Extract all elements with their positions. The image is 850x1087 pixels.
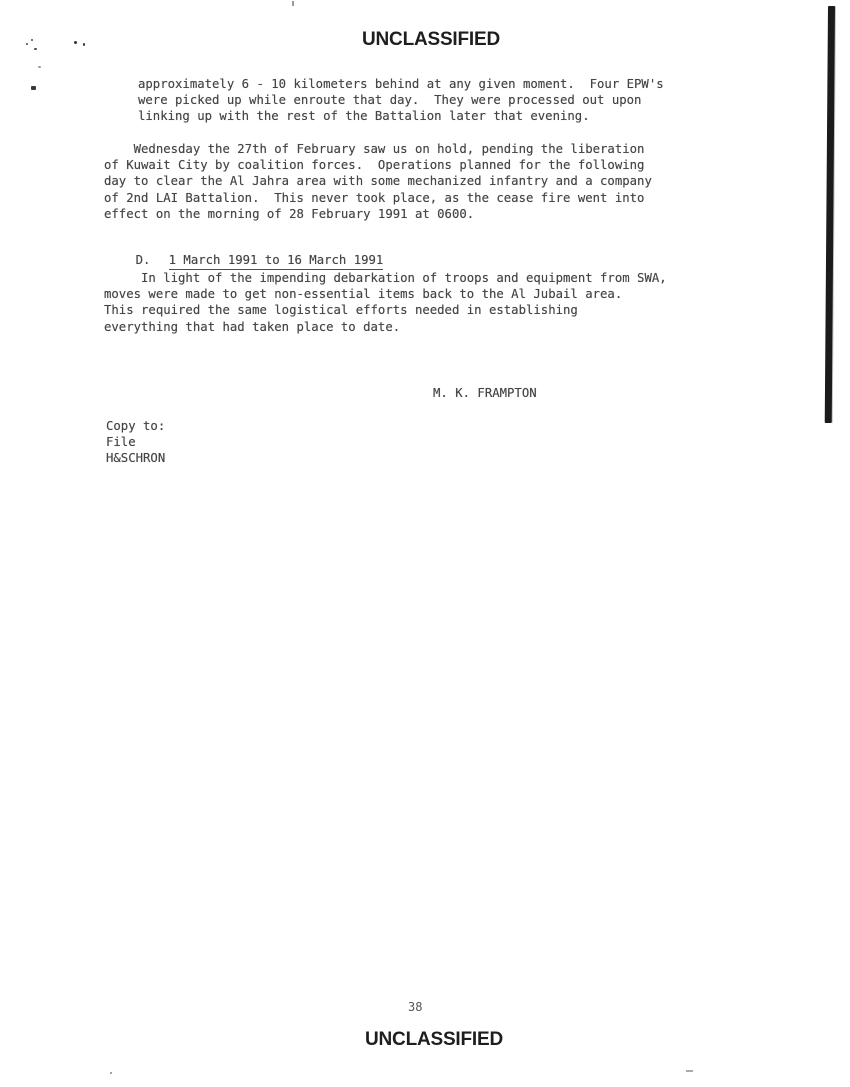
scan-speck — [38, 66, 41, 68]
scan-speck — [31, 86, 36, 90]
paragraph-epw-pickup: approximately 6 - 10 kilometers behind a… — [138, 76, 664, 125]
document-page: UNCLASSIFIED approximately 6 - 10 kilome… — [0, 0, 850, 1087]
signature-name: M. K. FRAMPTON — [433, 385, 537, 401]
scan-speck — [34, 48, 37, 50]
scan-artifact-bar — [825, 6, 835, 423]
section-d-title: 1 March 1991 to 16 March 1991 — [169, 252, 384, 270]
scan-speck — [292, 1, 294, 6]
scan-speck — [686, 1070, 693, 1072]
scan-speck — [74, 41, 77, 44]
scan-speck — [26, 43, 28, 45]
classification-footer: UNCLASSIFIED — [365, 1029, 503, 1051]
paragraph-feb-27-hold: Wednesday the 27th of February saw us on… — [104, 141, 652, 222]
page-number: 38 — [408, 1000, 422, 1014]
scan-speck — [83, 43, 85, 46]
scan-speck — [31, 39, 33, 41]
paragraph-march-debarkation: In light of the impending debarkation of… — [104, 270, 667, 335]
section-d-label: D. — [136, 252, 169, 268]
copy-to-block: Copy to: File H&SCHRON — [106, 418, 165, 467]
classification-header: UNCLASSIFIED — [362, 29, 500, 51]
scan-speck — [110, 1072, 112, 1074]
